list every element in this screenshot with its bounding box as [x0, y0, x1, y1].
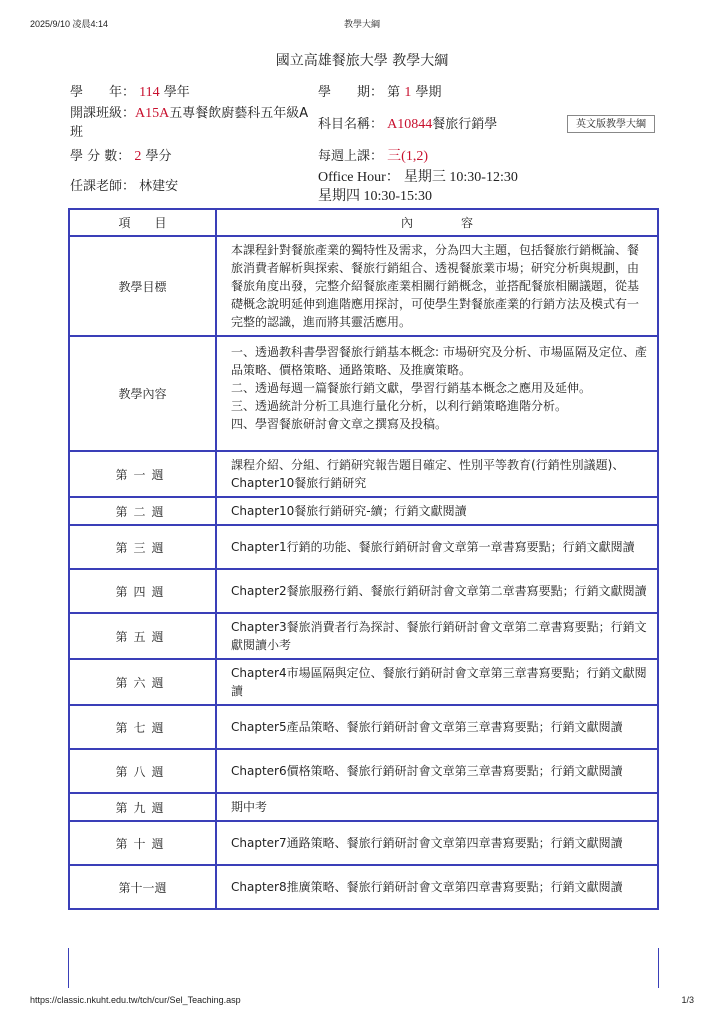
info-credits: 學 分 數： 2 學分 [70, 147, 172, 166]
content-line: 三、透過統計分析工具進行量化分析，以利行銷策略進階分析。 [231, 397, 647, 415]
table-row-week: 第一週 課程介紹、分組、行銷研究報告題目確定、性別平等教育(行銷性別議題)、Ch… [69, 451, 658, 497]
row-content: 一、透過教科書學習餐旅行銷基本概念: 市場研究及分析、市場區隔及定位、產品策略、… [216, 336, 658, 451]
year-label: 學 年： [70, 85, 135, 100]
table-row-week: 第三週 Chapter1行銷的功能、餐旅行銷研討會文章第一章書寫要點；行銷文獻閱… [69, 525, 658, 569]
semester-prefix: 第 [387, 85, 400, 100]
course-name: 餐旅行銷學 [432, 117, 497, 132]
table-continuation [68, 948, 659, 988]
row-content: Chapter2餐旅服務行銷、餐旅行銷研討會文章第二章書寫要點；行銷文獻閱讀 [216, 569, 658, 613]
table-row-week: 第四週 Chapter2餐旅服務行銷、餐旅行銷研討會文章第二章書寫要點；行銷文獻… [69, 569, 658, 613]
table-row-content: 教學內容 一、透過教科書學習餐旅行銷基本概念: 市場研究及分析、市場區隔及定位、… [69, 336, 658, 451]
row-item: 第五週 [69, 613, 216, 659]
course-code: A10844 [387, 117, 432, 132]
row-content: 期中考 [216, 793, 658, 821]
page-number: 1/3 [681, 995, 694, 1005]
table-row-week: 第十週 Chapter7通路策略、餐旅行銷研討會文章第四章書寫要點；行銷文獻閱讀 [69, 821, 658, 865]
row-item: 第二週 [69, 497, 216, 525]
table-row-week: 第五週 Chapter3餐旅消費者行為探討、餐旅行銷研討會文章第二章書寫要點；行… [69, 613, 658, 659]
row-item: 第六週 [69, 659, 216, 705]
row-content: Chapter3餐旅消費者行為探討、餐旅行銷研討會文章第二章書寫要點；行銷文獻閱… [216, 613, 658, 659]
row-content: Chapter5產品策略、餐旅行銷研討會文章第三章書寫要點；行銷文獻閱讀 [216, 705, 658, 749]
syllabus-table: 項 目 內 容 教學目標 本課程針對餐旅產業的獨特性及需求，分為四大主題，包括餐… [68, 208, 659, 910]
table-row-week: 第八週 Chapter6價格策略、餐旅行銷研討會文章第三章書寫要點；行銷文獻閱讀 [69, 749, 658, 793]
row-item: 第四週 [69, 569, 216, 613]
table-row-objectives: 教學目標 本課程針對餐旅產業的獨特性及需求，分為四大主題，包括餐旅行銷概論、餐旅… [69, 236, 658, 336]
course-label: 科目名稱： [318, 117, 383, 132]
year-unit: 學年 [164, 85, 190, 100]
class-code: A15A [135, 106, 169, 121]
info-office-hour: Office Hour： 星期三 10:30-12:30 星期四 10:30-1… [318, 168, 518, 206]
row-item: 教學目標 [69, 236, 216, 336]
table-row-week: 第二週 Chapter10餐旅行銷研究-續；行銷文獻閱讀 [69, 497, 658, 525]
info-teacher: 任課老師： 林建安 [70, 177, 178, 196]
row-item: 第十週 [69, 821, 216, 865]
semester-value: 1 [404, 85, 411, 100]
row-content: 課程介紹、分組、行銷研究報告題目確定、性別平等教育(行銷性別議題)、Chapte… [216, 451, 658, 497]
office-hour-2: 星期四 10:30-15:30 [318, 189, 432, 204]
row-content: Chapter1行銷的功能、餐旅行銷研討會文章第一章書寫要點；行銷文獻閱讀 [216, 525, 658, 569]
row-content: 本課程針對餐旅產業的獨特性及需求，分為四大主題，包括餐旅行銷概論、餐旅消費者解析… [216, 236, 658, 336]
table-header-row: 項 目 內 容 [69, 209, 658, 236]
info-course: 科目名稱： A10844餐旅行銷學 [318, 115, 497, 134]
row-item: 第九週 [69, 793, 216, 821]
header-content: 內 容 [216, 209, 658, 236]
credits-value: 2 [134, 149, 141, 164]
row-item: 第八週 [69, 749, 216, 793]
content-line: 一、透過教科書學習餐旅行銷基本概念: 市場研究及分析、市場區隔及定位、產品策略、… [231, 343, 647, 379]
schedule-label: 每週上課： [318, 149, 383, 164]
info-semester: 學 期： 第 1 學期 [318, 83, 441, 102]
page-title: 國立高雄餐旅大學 教學大綱 [0, 50, 724, 70]
semester-label: 學 期： [318, 85, 383, 100]
row-content: Chapter6價格策略、餐旅行銷研討會文章第三章書寫要點；行銷文獻閱讀 [216, 749, 658, 793]
print-title: 教學大綱 [30, 17, 694, 30]
row-item: 第十一週 [69, 865, 216, 909]
info-class: 開課班級：A15A五專餐飲廚藝科五年級A班 [70, 104, 310, 142]
row-content: Chapter8推廣策略、餐旅行銷研討會文章第四章書寫要點；行銷文獻閱讀 [216, 865, 658, 909]
info-year: 學 年： 114 學年 [70, 83, 190, 102]
row-item: 第七週 [69, 705, 216, 749]
semester-unit: 學期 [415, 85, 441, 100]
content-line: 二、透過每週一篇餐旅行銷文獻，學習行銷基本概念之應用及延伸。 [231, 379, 647, 397]
header-item: 項 目 [69, 209, 216, 236]
print-header: 2025/9/10 凌晨4:14 教學大綱 [30, 17, 694, 31]
row-item: 教學內容 [69, 336, 216, 451]
table-row-week: 第六週 Chapter4市場區隔與定位、餐旅行銷研討會文章第三章書寫要點；行銷文… [69, 659, 658, 705]
row-content: Chapter10餐旅行銷研究-續；行銷文獻閱讀 [216, 497, 658, 525]
row-content: Chapter7通路策略、餐旅行銷研討會文章第四章書寫要點；行銷文獻閱讀 [216, 821, 658, 865]
table-row-week: 第七週 Chapter5產品策略、餐旅行銷研討會文章第三章書寫要點；行銷文獻閱讀 [69, 705, 658, 749]
row-content: Chapter4市場區隔與定位、餐旅行銷研討會文章第三章書寫要點；行銷文獻閱讀 [216, 659, 658, 705]
schedule-value: 三(1,2) [387, 149, 428, 164]
office-hour-1: 星期三 10:30-12:30 [404, 170, 518, 185]
year-value: 114 [139, 85, 159, 100]
content-line: 四、學習餐旅研討會文章之撰寫及投稿。 [231, 415, 647, 433]
print-footer: https://classic.nkuht.edu.tw/tch/cur/Sel… [30, 995, 694, 1009]
row-item: 第三週 [69, 525, 216, 569]
credits-unit: 學分 [146, 149, 172, 164]
print-url: https://classic.nkuht.edu.tw/tch/cur/Sel… [30, 995, 241, 1005]
english-syllabus-button[interactable]: 英文版教學大綱 [567, 115, 655, 133]
table-row-week: 第十一週 Chapter8推廣策略、餐旅行銷研討會文章第四章書寫要點；行銷文獻閱… [69, 865, 658, 909]
info-schedule: 每週上課： 三(1,2) [318, 147, 428, 166]
credits-label: 學 分 數： [70, 149, 130, 164]
office-hour-label: Office Hour： [318, 170, 400, 185]
teacher-name: 林建安 [139, 179, 178, 194]
class-label: 開課班級： [70, 106, 135, 121]
teacher-label: 任課老師： [70, 179, 135, 194]
row-item: 第一週 [69, 451, 216, 497]
table-row-week: 第九週 期中考 [69, 793, 658, 821]
